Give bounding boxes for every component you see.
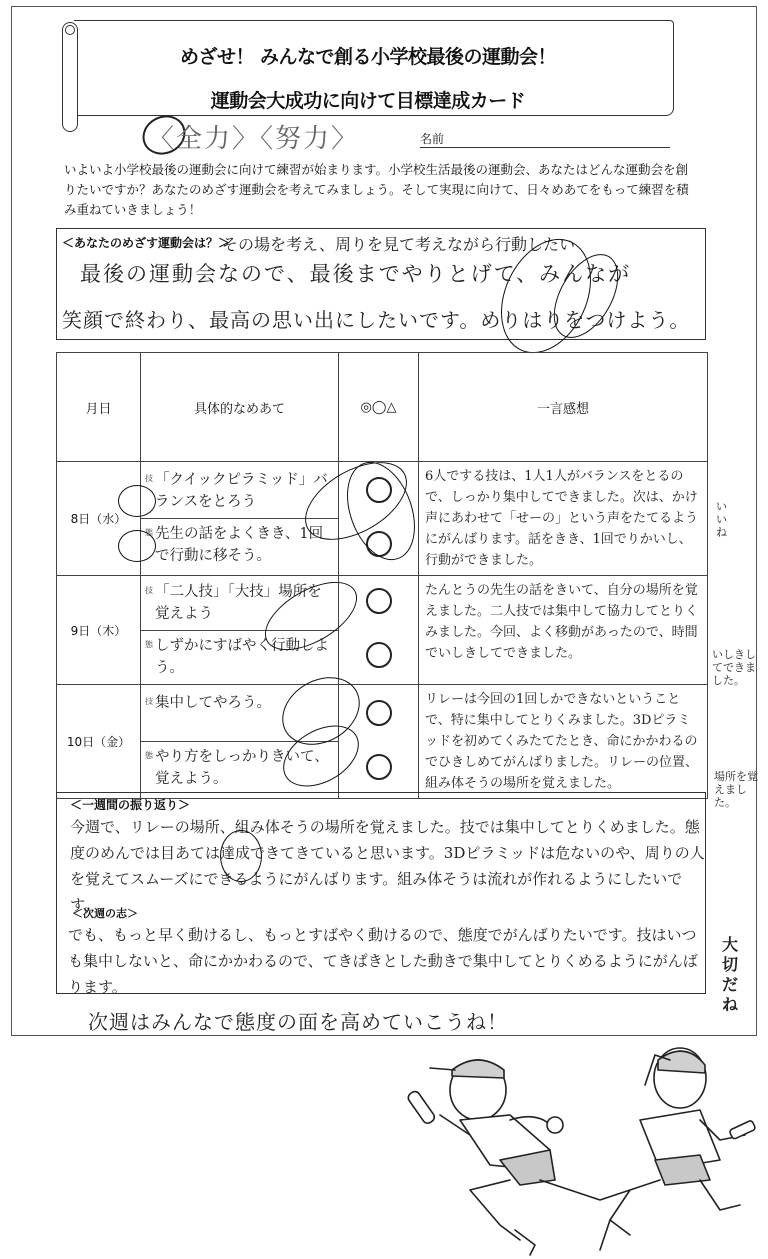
goal-attitude: 態しずかにすばやく行動しよう。	[141, 631, 338, 684]
daily-goals-table: 月日 具体的なめあて ◎◯△ 一言感想 8日（水） 技「クイックピラミッド」バラ…	[56, 352, 708, 799]
relay-runners-illustration	[400, 1040, 768, 1259]
goal-prompt: ＜あなたのめざす運動会は？＞	[62, 234, 230, 251]
row-date: 8日（水）	[57, 462, 141, 576]
intro-text: いよいよ小学校最後の運動会に向けて練習が始まります。小学校生活最後の運動会、あな…	[64, 160, 694, 220]
reflection-label: ＜一週間の振り返り＞	[70, 796, 190, 813]
goal-skill: 技集中してやろう。	[141, 688, 338, 742]
goal-line-1: その場を考え、周りを見て考えながら行動したい	[222, 232, 575, 255]
header-goal: 具体的なめあて	[141, 353, 339, 462]
table-row: 9日（木） 技「二人技」「大技」場所を覚えよう 態しずかにすばやく行動しよう。 …	[57, 576, 708, 685]
double-circle-icon	[366, 477, 392, 503]
row-rating	[339, 685, 419, 799]
row-rating	[339, 576, 419, 685]
row-date: 9日（木）	[57, 576, 141, 685]
goal-line-3: 笑顔で終わり、最高の思い出にしたいです。めりはりをつけよう。	[62, 304, 690, 333]
margin-note-3: 場所を覚えました。	[714, 770, 758, 809]
table-row: 8日（水） 技「クイックピラミッド」バランスをとろう 態先生の話をよくきき、1回…	[57, 462, 708, 576]
header-comment: 一言感想	[419, 353, 708, 462]
row-comment: 6人でする技は、1人1人がバランスをとるので、しっかり集中してできました。次は、…	[419, 462, 708, 576]
header-rating: ◎◯△	[339, 353, 419, 462]
table-row: 10日（金） 技集中してやろう。 態やり方をしっかりきいて、覚えよう。 リレーは…	[57, 685, 708, 799]
header-date: 月日	[57, 353, 141, 462]
margin-note-4: 大切だね	[722, 935, 740, 1015]
goal-skill: 技「クイックピラミッド」バランスをとろう	[141, 465, 338, 519]
reflection-text: 今週で、リレーの場所、組み体そうの場所を覚えました。技では集中してとりくめました…	[70, 814, 710, 918]
goal-attitude: 態やり方をしっかりきいて、覚えよう。	[141, 742, 338, 795]
teacher-comment: 次週はみんなで態度の面を高めていこうね！	[88, 1006, 508, 1035]
double-circle-icon	[366, 531, 392, 557]
goal-attitude: 態先生の話をよくきき、1回で行動に移そう。	[141, 519, 338, 572]
circle-icon	[366, 700, 392, 726]
row-rating	[339, 462, 419, 576]
margin-note-1: いいね	[716, 500, 734, 539]
circle-icon	[366, 754, 392, 780]
circle-icon	[366, 642, 392, 668]
row-comment: リレーは今回の1回しかできないということで、特に集中してとりくみました。3Dピラ…	[419, 685, 708, 799]
title-banner: めざせ！ みんなで創る小学校最後の運動会！ 運動会大成功に向けて目標達成カード	[62, 20, 674, 116]
title-line-2: 運動会大成功に向けて目標達成カード	[62, 86, 674, 113]
title-line-1: めざせ！ みんなで創る小学校最後の運動会！	[62, 42, 674, 69]
next-week-text: でも、もっと早く動けるし、もっとすばやく動けるので、態度でがんばりたいです。技は…	[68, 922, 708, 1000]
name-field[interactable]	[420, 147, 670, 148]
scroll-roll-icon	[62, 22, 78, 132]
row-comment: たんとうの先生の話をきいて、自分の場所を覚えました。二人技では集中して協力してと…	[419, 576, 708, 685]
name-label: 名前	[420, 130, 444, 147]
goal-skill: 技「二人技」「大技」場所を覚えよう	[141, 577, 338, 631]
next-week-label: ＜次週の志＞	[72, 905, 138, 921]
row-date: 10日（金）	[57, 685, 141, 799]
goal-line-2: 最後の運動会なので、最後までやりとげて、みんなが	[80, 258, 631, 288]
circle-icon	[366, 588, 392, 614]
table-header-row: 月日 具体的なめあて ◎◯△ 一言感想	[57, 353, 708, 462]
group-label: 〈全力〉〈努力〉	[148, 118, 359, 155]
margin-note-2: いしきしてできました。	[712, 648, 758, 687]
